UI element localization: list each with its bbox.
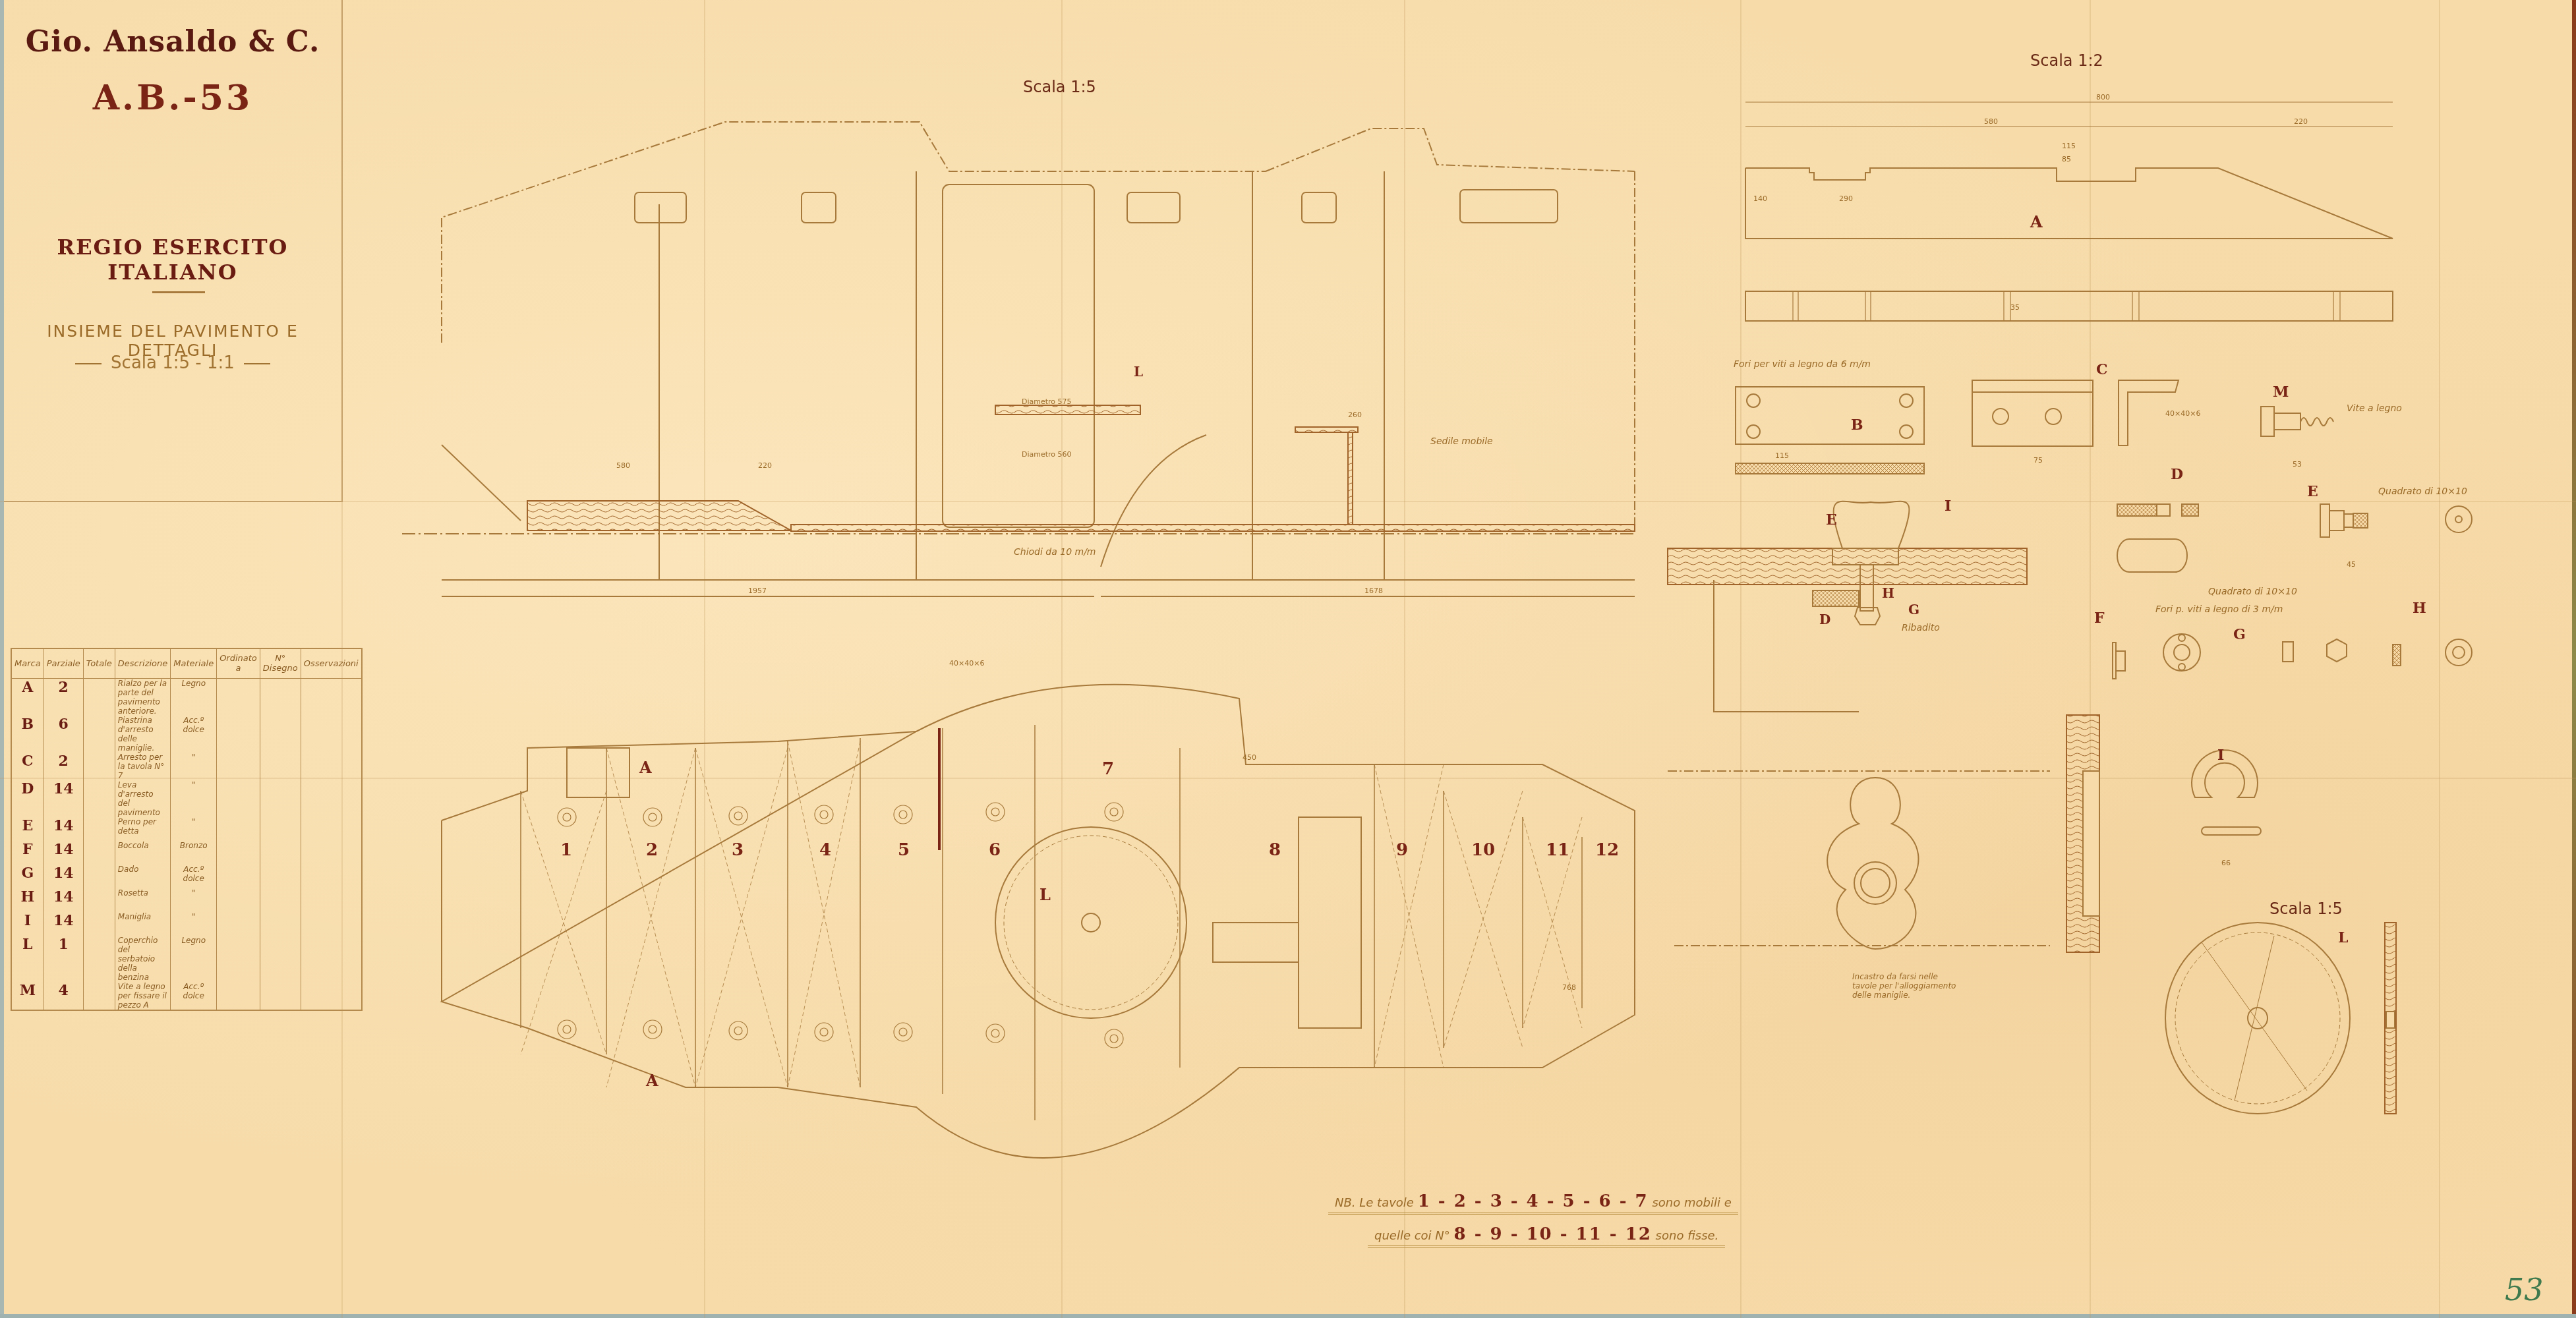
dimension: Diametro 560 bbox=[1022, 450, 1072, 459]
dimension: 40×40×6 bbox=[949, 659, 984, 668]
plan-part-label-l: L bbox=[1039, 885, 1051, 904]
assembly-section bbox=[1668, 501, 2027, 712]
drawing-sheet: Gio. Ansaldo & C. A.B.-53 REGIO ESERCITO… bbox=[0, 0, 2576, 1318]
board-number: 1 bbox=[560, 840, 572, 860]
footnote-text: sono mobili e bbox=[1652, 1196, 1731, 1210]
handle-recess-detail bbox=[1668, 715, 2099, 952]
dimension: 66 bbox=[2221, 859, 2231, 867]
board-number: 6 bbox=[989, 840, 1001, 860]
cover-label-side: L bbox=[1134, 364, 1143, 380]
square-note: Quadrato di 10×10 bbox=[2208, 587, 2297, 597]
board-number: 3 bbox=[732, 840, 744, 860]
plan-part-label-a: A bbox=[639, 758, 652, 777]
assembly-label-e: E bbox=[1826, 511, 1837, 529]
nail-note: Chiodi da 10 m/m bbox=[1014, 547, 1096, 558]
board-number: 11 bbox=[1546, 840, 1569, 860]
dimension: 768 bbox=[1562, 983, 1576, 992]
board-number: 7 bbox=[1102, 759, 1114, 779]
footnote-text: sono fisse. bbox=[1656, 1229, 1719, 1243]
dimension: 290 bbox=[1839, 194, 1853, 203]
dimension: 450 bbox=[1243, 753, 1256, 762]
board-number: 8 bbox=[1269, 840, 1281, 860]
technical-drawing: 1957 1678 bbox=[0, 0, 2576, 1318]
dimension: 75 bbox=[2034, 456, 2043, 465]
detail-b bbox=[1736, 387, 1924, 474]
recess-note: Incastro da farsi nelle tavole per l'all… bbox=[1852, 972, 1964, 1000]
side-view-scale: Scala 1:5 bbox=[1023, 78, 1096, 96]
detail-m bbox=[2261, 407, 2333, 436]
dimension: Diametro 575 bbox=[1022, 397, 1072, 406]
dimension: 580 bbox=[616, 461, 630, 470]
screw-hole-note: Fori per viti a legno da 6 m/m bbox=[1734, 359, 1871, 370]
footnote-line-1: NB. Le tavole 1 - 2 - 3 - 4 - 5 - 6 - 7 … bbox=[1328, 1191, 1738, 1215]
dimension: 35 bbox=[2010, 303, 2020, 312]
seat-note: Sedile mobile bbox=[1430, 436, 1493, 447]
dimension: 140 bbox=[1753, 194, 1767, 203]
part-label-d: D bbox=[2171, 466, 2183, 483]
wood-screw-note: Vite a legno bbox=[2347, 403, 2402, 414]
square-note-e: Quadrato di 10×10 bbox=[2378, 486, 2467, 497]
part-label-l: L bbox=[2338, 929, 2348, 946]
dimension: 220 bbox=[2294, 117, 2308, 126]
dimension: 220 bbox=[758, 461, 772, 470]
assembly-label-i: I bbox=[1945, 498, 1951, 515]
board-number: 10 bbox=[1471, 840, 1495, 860]
footnote-text: NB. Le tavole bbox=[1335, 1196, 1414, 1210]
part-label-g: G bbox=[2233, 626, 2246, 643]
board-number: 9 bbox=[1396, 840, 1408, 860]
dimension: 115 bbox=[2062, 142, 2076, 150]
svg-text:1957: 1957 bbox=[748, 587, 767, 595]
detail-l-scale: Scala 1:5 bbox=[2269, 900, 2343, 918]
detail-c bbox=[1972, 380, 2179, 446]
dimension: 85 bbox=[2062, 155, 2071, 163]
detail-a bbox=[1745, 102, 2393, 321]
detail-d bbox=[2117, 504, 2198, 572]
part-label-m: M bbox=[2273, 384, 2289, 401]
part-label-h: H bbox=[2413, 600, 2426, 617]
assembly-label-d: D bbox=[1819, 612, 1830, 627]
detail-e bbox=[2320, 504, 2472, 537]
part-label-f: F bbox=[2094, 610, 2105, 627]
part-label-i: I bbox=[2217, 747, 2224, 764]
plan-view bbox=[442, 685, 1635, 1158]
footnote-line-2: quelle coi N° 8 - 9 - 10 - 11 - 12 sono … bbox=[1368, 1224, 1725, 1247]
dimension: 115 bbox=[1775, 451, 1789, 460]
dimension: 800 bbox=[2096, 93, 2110, 101]
plan-part-label-a: A bbox=[646, 1071, 659, 1090]
page-number: 53 bbox=[2505, 1272, 2544, 1307]
assembly-label-g: G bbox=[1908, 602, 1919, 617]
detail-i bbox=[2192, 750, 2261, 835]
detail-l bbox=[2165, 923, 2396, 1114]
part-label-b: B bbox=[1851, 416, 1863, 434]
fixed-boards: 8 - 9 - 10 - 11 - 12 bbox=[1454, 1224, 1652, 1244]
dimension: 53 bbox=[2293, 460, 2302, 469]
part-label-c: C bbox=[2096, 361, 2108, 378]
dimension: 260 bbox=[1348, 411, 1362, 419]
part-label-a: A bbox=[2030, 212, 2043, 231]
board-number: 4 bbox=[819, 840, 831, 860]
footnote-text: quelle coi N° bbox=[1374, 1229, 1450, 1243]
bushing-note: Fori p. viti a legno di 3 m/m bbox=[2155, 604, 2283, 615]
detail-a-scale: Scala 1:2 bbox=[2030, 51, 2103, 70]
riveted-note: Ribadito bbox=[1902, 623, 1940, 633]
assembly-label-h: H bbox=[1882, 585, 1894, 601]
movable-boards: 1 - 2 - 3 - 4 - 5 - 6 - 7 bbox=[1418, 1191, 1649, 1211]
dimension: 45 bbox=[2347, 560, 2356, 569]
detail-fgh bbox=[2113, 634, 2472, 679]
part-label-e: E bbox=[2307, 483, 2318, 500]
dimension: 580 bbox=[1984, 117, 1998, 126]
dimension: 40×40×6 bbox=[2165, 409, 2200, 418]
board-number: 5 bbox=[898, 840, 910, 860]
svg-text:1678: 1678 bbox=[1364, 587, 1383, 595]
board-number: 2 bbox=[646, 840, 658, 860]
board-number: 12 bbox=[1595, 840, 1619, 860]
